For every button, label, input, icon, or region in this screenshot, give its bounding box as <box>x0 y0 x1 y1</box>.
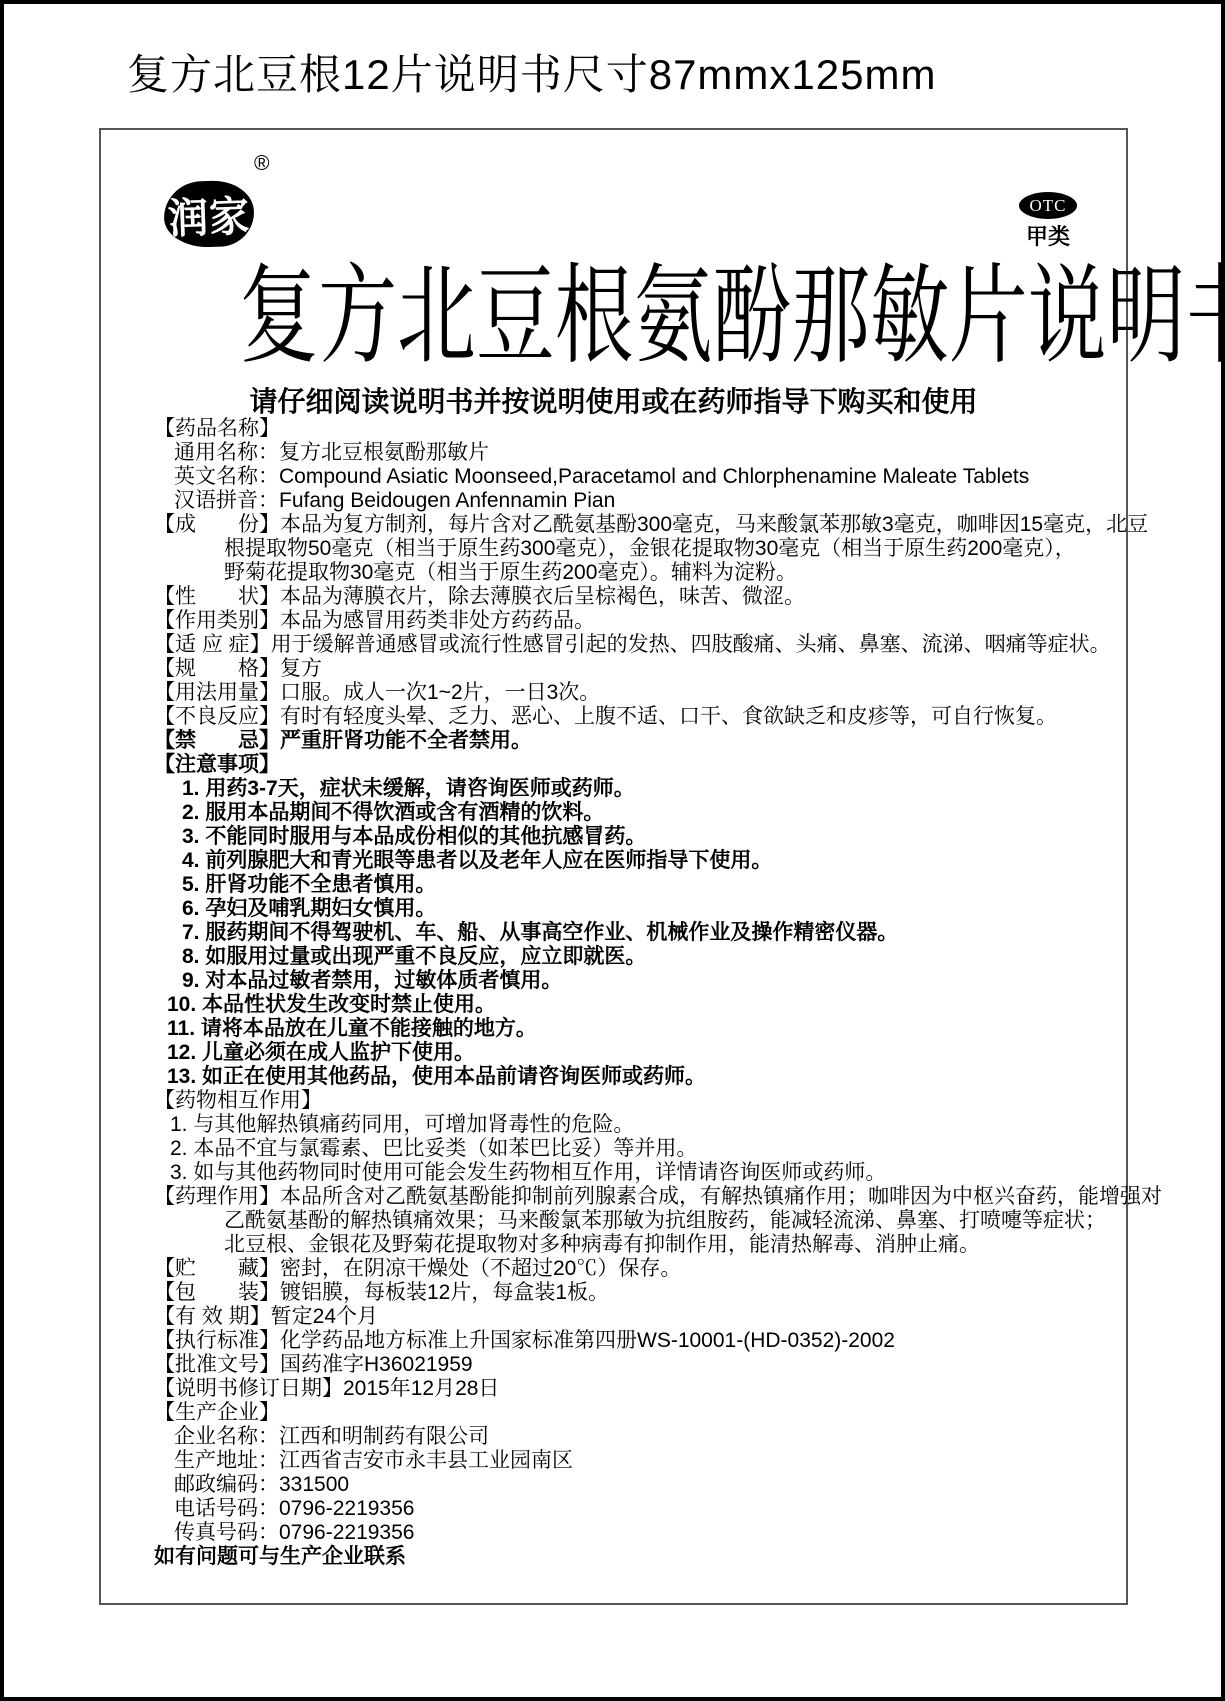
body-line: 北豆根、金银花及野菊花提取物对多种病毒有抑制作用，能清热解毒、消肿止痛。 <box>154 1233 1082 1257</box>
body-line: 【禁 忌】严重肝肾功能不全者禁用。 <box>154 729 1082 753</box>
body-line: 4. 前列腺肥大和青光眼等患者以及老年人应在医师指导下使用。 <box>154 849 1082 873</box>
body-line: 【注意事项】 <box>154 753 1082 777</box>
body-line: 企业名称：江西和明制药有限公司 <box>154 1425 1082 1449</box>
body-line: 乙酰氨基酚的解热镇痛效果；马来酸氯苯那敏为抗组胺药，能减轻流涕、鼻塞、打喷嚏等症… <box>154 1209 1082 1233</box>
body-line: 1. 用药3-7天，症状未缓解，请咨询医师或药师。 <box>154 777 1082 801</box>
body-line: 2. 本品不宜与氯霉素、巴比妥类（如苯巴比妥）等并用。 <box>154 1137 1082 1161</box>
body-line: 12. 儿童必须在成人监护下使用。 <box>154 1041 1082 1065</box>
brand-logo: 润家 <box>163 179 255 248</box>
otc-badge-text: OTC <box>1030 196 1067 216</box>
body-line: 【包 装】镀铝膜，每板装12片，每盒装1板。 <box>154 1281 1082 1305</box>
body-line: 6. 孕妇及哺乳期妇女慎用。 <box>154 897 1082 921</box>
body-line: 【执行标准】化学药品地方标准上升国家标准第四册WS-10001-(HD-0352… <box>154 1329 1082 1353</box>
body-line: 11. 请将本品放在儿童不能接触的地方。 <box>154 1017 1082 1041</box>
body-line: 2. 服用本品期间不得饮酒或含有酒精的饮料。 <box>154 801 1082 825</box>
body-line: 【用法用量】口服。成人一次1~2片，一日3次。 <box>154 681 1082 705</box>
body-line: 野菊花提取物30毫克（相当于原生药200毫克）。辅料为淀粉。 <box>154 561 1082 585</box>
body-line: 9. 对本品过敏者禁用，过敏体质者慎用。 <box>154 969 1082 993</box>
body-line: 【药物相互作用】 <box>154 1089 1082 1113</box>
body-line: 如有问题可与生产企业联系 <box>154 1545 1082 1569</box>
body-line: 【说明书修订日期】2015年12月28日 <box>154 1377 1082 1401</box>
body-line: 【药品名称】 <box>154 417 1082 441</box>
body-line: 【药理作用】本品所含对乙酰氨基酚能抑制前列腺素合成，有解热镇痛作用；咖啡因为中枢… <box>154 1185 1082 1209</box>
body-line: 电话号码：0796-2219356 <box>154 1497 1082 1521</box>
body-line: 【批准文号】国药准字H36021959 <box>154 1353 1082 1377</box>
body-line: 生产地址：江西省吉安市永丰县工业园南区 <box>154 1449 1082 1473</box>
page-caption: 复方北豆根12片说明书尺寸87mmx125mm <box>127 42 936 102</box>
leaflet-proof-page: 复方北豆根12片说明书尺寸87mmx125mm 润家 ® OTC 甲类 复方北豆… <box>0 0 1225 1701</box>
body-line: 7. 服药期间不得驾驶机、车、船、从事高空作业、机械作业及操作精密仪器。 <box>154 921 1082 945</box>
body-line: 通用名称：复方北豆根氨酚那敏片 <box>154 441 1082 465</box>
body-line: 【生产企业】 <box>154 1401 1082 1425</box>
body-line: 【有 效 期】暂定24个月 <box>154 1305 1082 1329</box>
brand-logo-text: 润家 <box>167 183 251 246</box>
body-line: 【适 应 症】用于缓解普通感冒或流行性感冒引起的发热、四肢酸痛、头痛、鼻塞、流涕… <box>154 633 1082 657</box>
body-line: 汉语拼音：Fufang Beidougen Anfennamin Pian <box>154 489 1082 513</box>
body-line: 邮政编码：331500 <box>154 1473 1082 1497</box>
otc-class-label: 甲类 <box>1011 220 1085 251</box>
otc-badge: OTC <box>1019 192 1077 219</box>
body-line: 【不良反应】有时有轻度头晕、乏力、恶心、上腹不适、口干、食欲缺乏和皮疹等，可自行… <box>154 705 1082 729</box>
body-line: 10. 本品性状发生改变时禁止使用。 <box>154 993 1082 1017</box>
body-line: 【贮 藏】密封，在阴凉干燥处（不超过20℃）保存。 <box>154 1257 1082 1281</box>
body-line: 【作用类别】本品为感冒用药类非处方药药品。 <box>154 609 1082 633</box>
leaflet-subtitle: 请仔细阅读说明书并按说明使用或在药师指导下购买和使用 <box>101 380 1126 420</box>
body-line: 13. 如正在使用其他药品，使用本品前请咨询医师或药师。 <box>154 1065 1082 1089</box>
body-line: 3. 不能同时服用与本品成份相似的其他抗感冒药。 <box>154 825 1082 849</box>
body-line: 传真号码：0796-2219356 <box>154 1521 1082 1545</box>
body-line: 根提取物50毫克（相当于原生药300毫克），金银花提取物30毫克（相当于原生药2… <box>154 537 1082 561</box>
leaflet-body: 【药品名称】通用名称：复方北豆根氨酚那敏片英文名称：Compound Asiat… <box>154 417 1082 1569</box>
body-line: 【性 状】本品为薄膜衣片，除去薄膜衣后呈棕褐色，味苦、微涩。 <box>154 585 1082 609</box>
body-line: 【规 格】复方 <box>154 657 1082 681</box>
body-line: 【成 份】本品为复方制剂，每片含对乙酰氨基酚300毫克，马来酸氯苯那敏3毫克，咖… <box>154 513 1082 537</box>
body-line: 3. 如与其他药物同时使用可能会发生药物相互作用，详情请咨询医师或药师。 <box>154 1161 1082 1185</box>
body-line: 英文名称：Compound Asiatic Moonseed,Paracetam… <box>154 465 1082 489</box>
body-line: 5. 肝肾功能不全患者慎用。 <box>154 873 1082 897</box>
leaflet-title: 复方北豆根氨酚那敏片说明书 <box>239 260 987 372</box>
registered-trademark-icon: ® <box>254 152 269 176</box>
leaflet-box: 润家 ® OTC 甲类 复方北豆根氨酚那敏片说明书 请仔细阅读说明书并按说明使用… <box>99 128 1128 1605</box>
body-line: 8. 如服用过量或出现严重不良反应，应立即就医。 <box>154 945 1082 969</box>
body-line: 1. 与其他解热镇痛药同用，可增加肾毒性的危险。 <box>154 1113 1082 1137</box>
